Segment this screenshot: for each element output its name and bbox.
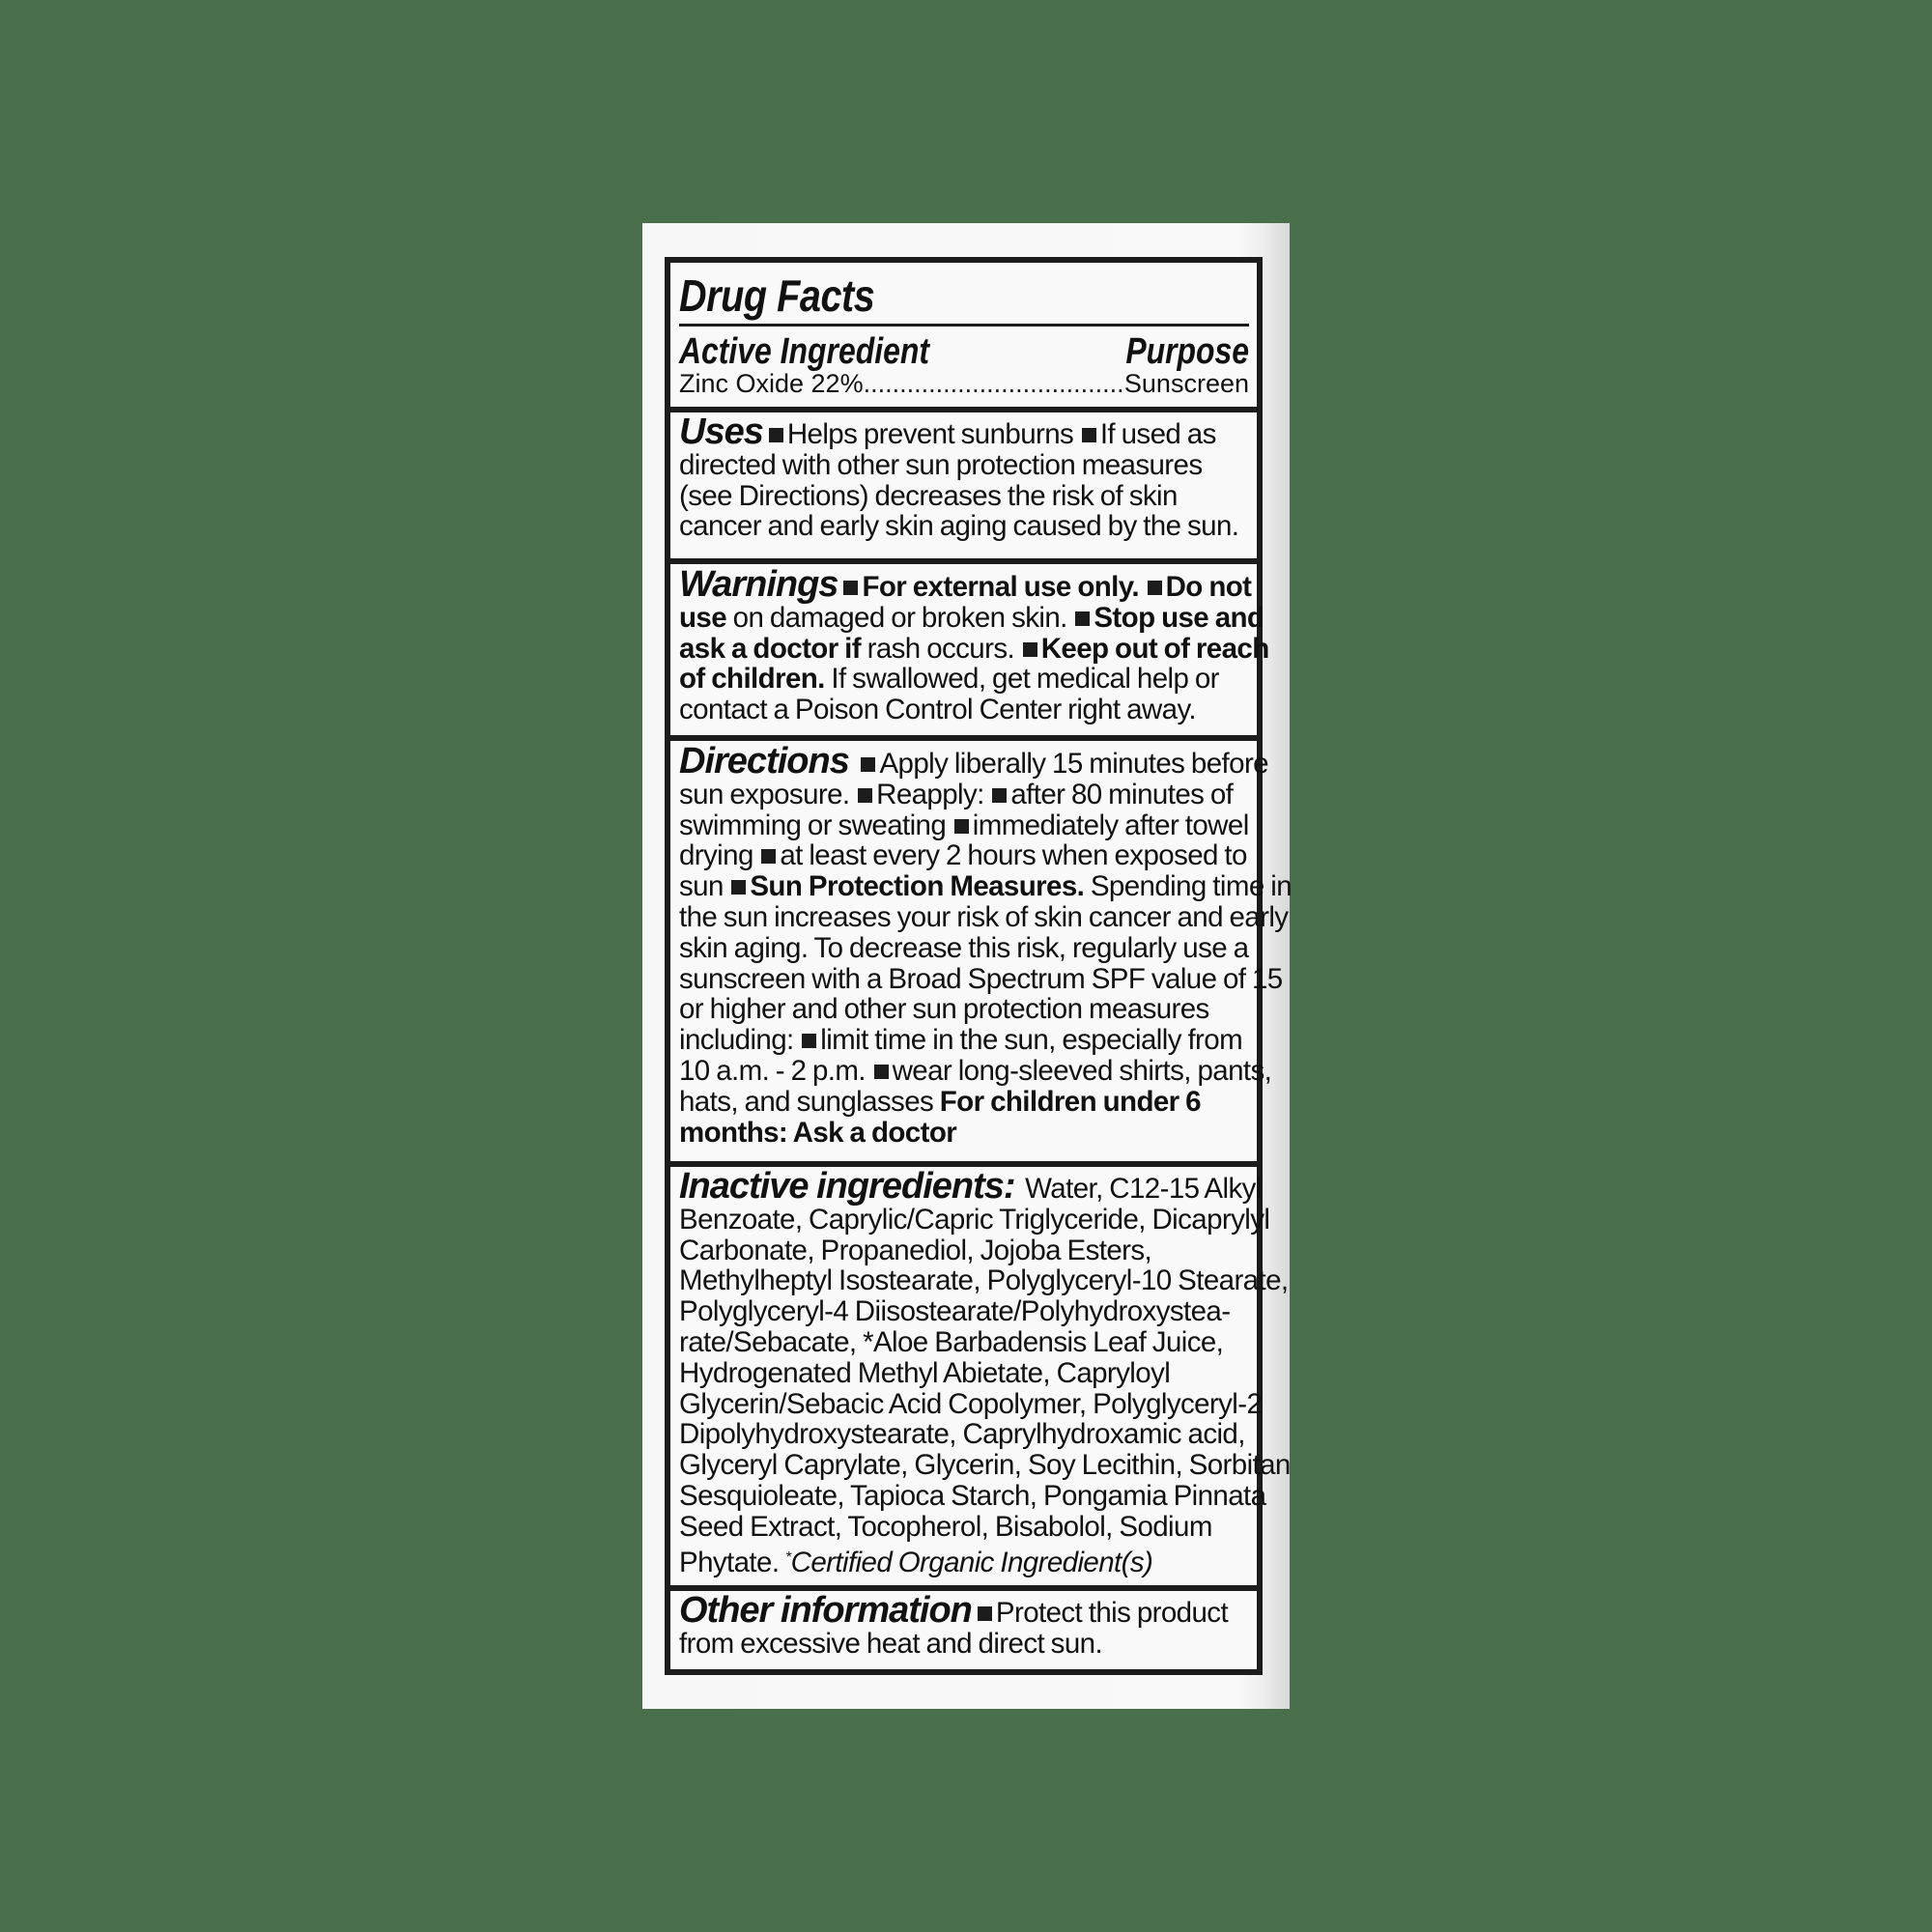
bullet-icon bbox=[731, 880, 746, 895]
warning-text: Keep out of reach bbox=[1041, 633, 1269, 665]
bullet-icon bbox=[954, 819, 969, 834]
other-information-heading: Other information bbox=[679, 1590, 972, 1631]
directions-section: Directions Apply liberally 15 minutes be… bbox=[670, 747, 1257, 1148]
inactive-text: Phytate. bbox=[679, 1547, 785, 1578]
warning-text: Stop use and bbox=[1094, 602, 1264, 634]
inactive-text: Water, C12-15 Alkyl bbox=[1019, 1173, 1262, 1205]
directions-text: after 80 minutes of bbox=[1010, 779, 1233, 810]
directions-text: sun exposure. bbox=[679, 779, 856, 810]
drug-facts-header-section: Drug Facts bbox=[670, 269, 1257, 321]
bullet-icon bbox=[1075, 611, 1090, 626]
warning-text: ask a doctor if bbox=[679, 633, 861, 665]
inactive-text: Benzoate, Caprylic/Capric Triglyceride, … bbox=[679, 1205, 1249, 1236]
warning-text: If swallowed, get medical help or bbox=[825, 663, 1219, 695]
directions-text: drying bbox=[679, 839, 759, 871]
directions-text: 10 a.m. - 2 p.m. bbox=[679, 1055, 872, 1087]
leader-dots: ........................................… bbox=[864, 369, 1124, 398]
inactive-text: rate/Sebacate, *Aloe Barbadensis Leaf Ju… bbox=[679, 1327, 1249, 1358]
uses-text: cancer and early skin aging caused by th… bbox=[679, 511, 1249, 542]
inactive-text: Dipolyhydroxystearate, Caprylhydroxamic … bbox=[679, 1419, 1249, 1450]
inactive-text: Polyglyceryl-4 Diisostearate/Polyhydroxy… bbox=[679, 1296, 1249, 1327]
other-text: from excessive heat and direct sun. bbox=[679, 1629, 1249, 1660]
other-text: Protect this product bbox=[996, 1597, 1228, 1629]
inactive-text: Hydrogenated Methyl Abietate, Capryloyl bbox=[679, 1358, 1249, 1389]
uses-text: Helps prevent sunburns bbox=[787, 418, 1073, 450]
uses-heading: Uses bbox=[679, 412, 763, 452]
directions-text: Sun Protection Measures. bbox=[750, 870, 1084, 902]
active-ingredient-name: Zinc Oxide 22% bbox=[679, 369, 864, 398]
bullet-icon bbox=[978, 1606, 992, 1621]
organic-note: Certified Organic Ingredient(s) bbox=[791, 1547, 1153, 1578]
warnings-section: WarningsFor external use only. Do not us… bbox=[670, 570, 1257, 725]
active-ingredient-section: Active Ingredient Purpose Zinc Oxide 22%… bbox=[670, 332, 1257, 398]
active-ingredient-heading: Active Ingredient bbox=[679, 332, 929, 371]
bullet-icon bbox=[861, 757, 875, 772]
warning-text: rash occurs. bbox=[861, 633, 1021, 665]
bullet-icon bbox=[769, 428, 783, 442]
purpose-heading: Purpose bbox=[1125, 332, 1249, 371]
bullet-icon bbox=[1082, 428, 1096, 442]
directions-text: Apply liberally 15 minutes before bbox=[879, 748, 1268, 780]
directions-text: sun bbox=[679, 870, 729, 902]
directions-text: For children under 6 bbox=[940, 1086, 1201, 1118]
directions-text: swimming or sweating bbox=[679, 810, 952, 841]
directions-text: hats, and sunglasses bbox=[679, 1086, 940, 1118]
inactive-ingredients-heading: Inactive ingredients: bbox=[679, 1166, 1015, 1207]
directions-text: months: Ask a doctor bbox=[679, 1118, 1249, 1149]
bullet-icon bbox=[874, 1065, 889, 1079]
bullet-icon bbox=[802, 1034, 816, 1048]
uses-text: (see Directions) decreases the risk of s… bbox=[679, 481, 1249, 512]
warning-text: contact a Poison Control Center right aw… bbox=[679, 695, 1249, 725]
other-information-section: Other informationProtect this product fr… bbox=[670, 1596, 1257, 1660]
active-ingredient-purpose: Sunscreen bbox=[1124, 369, 1249, 398]
inactive-text: Sesquioleate, Tapioca Starch, Pongamia P… bbox=[679, 1481, 1249, 1512]
bullet-icon bbox=[1148, 581, 1162, 595]
warning-text: Do not bbox=[1166, 571, 1252, 603]
inactive-text: Glycerin/Sebacic Acid Copolymer, Polygly… bbox=[679, 1389, 1249, 1420]
directions-text: skin aging. To decrease this risk, regul… bbox=[679, 933, 1249, 964]
directions-text: or higher and other sun protection measu… bbox=[679, 994, 1249, 1025]
inactive-text: Seed Extract, Tocopherol, Bisabolol, Sod… bbox=[679, 1512, 1249, 1543]
drug-facts-title: Drug Facts bbox=[679, 270, 1169, 321]
uses-text: directed with other sun protection measu… bbox=[679, 450, 1249, 481]
directions-text: Reapply: bbox=[876, 779, 990, 810]
directions-text: wear long-sleeved shirts, pants, bbox=[893, 1055, 1272, 1087]
bullet-icon bbox=[992, 788, 1007, 803]
bullet-icon bbox=[858, 788, 872, 803]
bullet-icon bbox=[761, 849, 776, 864]
warning-text: use bbox=[679, 602, 726, 634]
directions-text: limit time in the sun, especially from bbox=[820, 1024, 1242, 1056]
inactive-text: Carbonate, Propanediol, Jojoba Esters, bbox=[679, 1236, 1249, 1266]
bullet-icon bbox=[843, 581, 858, 595]
drug-facts-box: Drug Facts Active Ingredient Purpose Zin… bbox=[665, 257, 1263, 1675]
directions-text: Spending time in bbox=[1084, 870, 1292, 902]
directions-text: the sun increases your risk of skin canc… bbox=[679, 902, 1249, 933]
directions-text: including: bbox=[679, 1024, 800, 1056]
warning-text: of children. bbox=[679, 663, 825, 695]
directions-text: sunscreen with a Broad Spectrum SPF valu… bbox=[679, 964, 1249, 995]
inactive-text: Glyceryl Caprylate, Glycerin, Soy Lecith… bbox=[679, 1450, 1249, 1481]
uses-text: If used as bbox=[1100, 418, 1216, 450]
warnings-heading: Warnings bbox=[679, 564, 838, 605]
inactive-ingredients-section: Inactive ingredients: Water, C12-15 Alky… bbox=[670, 1172, 1257, 1577]
bullet-icon bbox=[1023, 642, 1037, 657]
product-label-panel: Drug Facts Active Ingredient Purpose Zin… bbox=[642, 223, 1290, 1709]
warning-text: For external use only. bbox=[862, 571, 1139, 603]
warning-text: on damaged or broken skin. bbox=[726, 602, 1073, 634]
title-rule bbox=[679, 324, 1249, 327]
uses-section: UsesHelps prevent sunburns If used as di… bbox=[670, 417, 1257, 542]
directions-text: at least every 2 hours when exposed to bbox=[780, 839, 1246, 871]
inactive-text: Methylheptyl Isostearate, Polyglyceryl-1… bbox=[679, 1265, 1249, 1296]
directions-text: immediately after towel bbox=[973, 810, 1249, 841]
directions-heading: Directions bbox=[679, 741, 849, 781]
